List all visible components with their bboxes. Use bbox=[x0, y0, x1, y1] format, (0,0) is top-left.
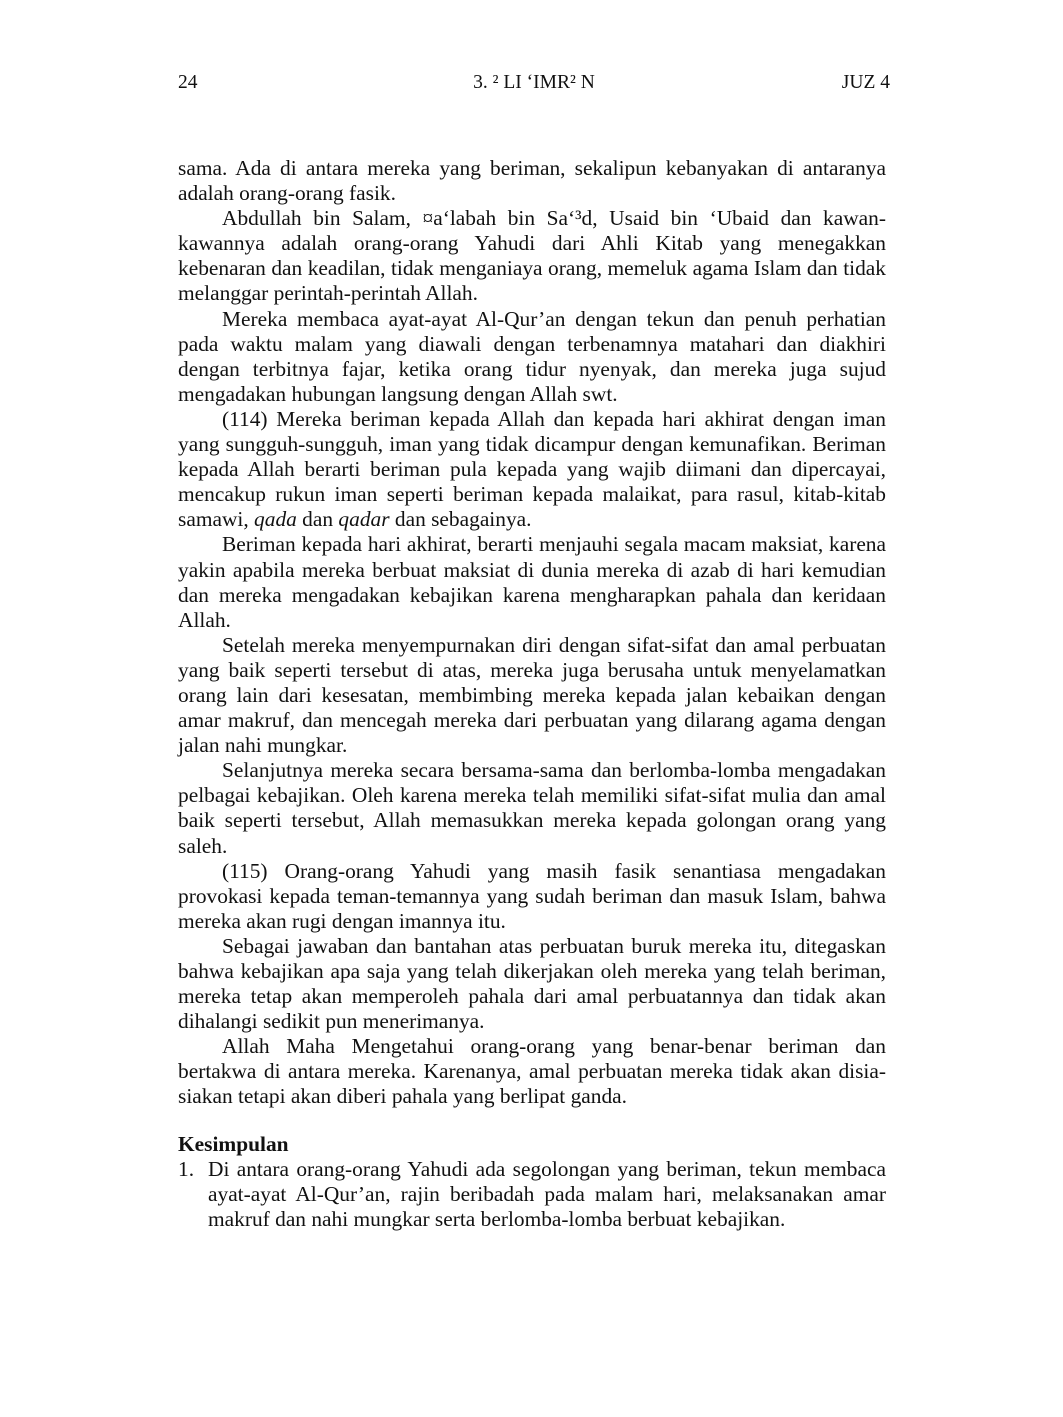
italic-term: qada bbox=[254, 507, 297, 531]
paragraph: Abdullah bin Salam, ¤a‘labah bin Sa‘³d, … bbox=[178, 206, 886, 306]
italic-term: qadar bbox=[338, 507, 389, 531]
paragraph: Beriman kepada hari akhirat, berarti men… bbox=[178, 532, 886, 632]
conclusion-item: 1. Di antara orang-orang Yahudi ada sego… bbox=[178, 1157, 886, 1232]
running-header: 24 3. ² LI ‘IMR² N JUZ 4 bbox=[178, 72, 890, 98]
page-body: sama. Ada di antara mereka yang beriman,… bbox=[178, 156, 886, 1232]
paragraph-verse-114: (114) Mereka beriman kepada Allah dan ke… bbox=[178, 407, 886, 532]
paragraph: Selanjutnya mereka secara bersama-sama d… bbox=[178, 758, 886, 858]
item-text: Di antara orang-orang Yahudi ada segolon… bbox=[208, 1157, 886, 1231]
paragraph: sama. Ada di antara mereka yang beriman,… bbox=[178, 156, 886, 206]
paragraph: Mereka membaca ayat-ayat Al-Qur’an denga… bbox=[178, 307, 886, 407]
paragraph: Sebagai jawaban dan bantahan atas perbua… bbox=[178, 934, 886, 1034]
chapter-title: 3. ² LI ‘IMR² N bbox=[178, 72, 890, 94]
paragraph: Allah Maha Mengetahui orang-orang yang b… bbox=[178, 1034, 886, 1109]
juz-label: JUZ 4 bbox=[842, 72, 890, 94]
text: dan bbox=[297, 507, 339, 531]
paragraph-verse-115: (115) Orang-orang Yahudi yang masih fasi… bbox=[178, 859, 886, 934]
paragraph: Setelah mereka menyempurnakan diri denga… bbox=[178, 633, 886, 758]
section-heading: Kesimpulan bbox=[178, 1132, 886, 1157]
text: dan sebagainya. bbox=[390, 507, 532, 531]
item-number: 1. bbox=[178, 1157, 194, 1182]
